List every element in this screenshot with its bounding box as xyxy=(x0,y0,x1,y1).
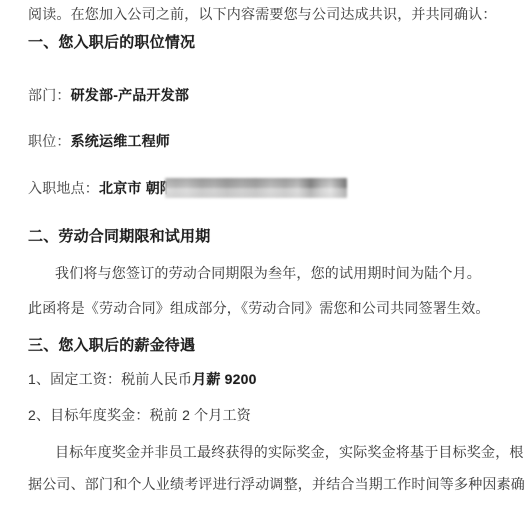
section-2-heading: 二、劳动合同期限和试用期 xyxy=(28,229,504,245)
bonus-note-line-2: 据公司、部门和个人业绩考评进行浮动调整，并结合当期工作时间等多种因素确 xyxy=(28,476,504,492)
offer-letter-document: 阅读。在您加入公司之前，以下内容需要您与公司达成共识，并共同确认： 一、您入职后… xyxy=(0,0,528,514)
field-department-label: 部门： xyxy=(28,87,71,103)
section-3-heading: 三、您入职后的薪金待遇 xyxy=(28,338,504,354)
field-department-value: 研发部-产品开发部 xyxy=(71,87,189,103)
salary-item: 1、固定工资：税前人民币月薪 9200 xyxy=(28,371,504,387)
contract-effect-paragraph: 此函将是《劳动合同》组成部分，《劳动合同》需您和公司共同签署生效。 xyxy=(28,300,504,316)
section-1-heading: 一、您入职后的职位情况 xyxy=(28,35,504,51)
field-department: 部门：研发部-产品开发部 xyxy=(28,87,504,103)
field-position-label: 职位： xyxy=(28,133,71,149)
salary-item-label: 1、固定工资：税前人民币 xyxy=(28,371,192,387)
redacted-address-blur xyxy=(165,178,347,198)
field-location-label: 入职地点： xyxy=(28,180,99,196)
field-position-value: 系统运维工程师 xyxy=(71,133,170,149)
bonus-item: 2、目标年度奖金：税前 2 个月工资 xyxy=(28,407,504,423)
contract-term-paragraph: 我们将与您签订的劳动合同期限为叁年，您的试用期时间为陆个月。 xyxy=(28,265,504,281)
field-location-value: 北京市 朝阳 xyxy=(99,180,174,196)
field-location: 入职地点：北京市 朝阳 xyxy=(28,178,504,194)
field-position: 职位：系统运维工程师 xyxy=(28,133,504,149)
intro-paragraph: 阅读。在您加入公司之前，以下内容需要您与公司达成共识，并共同确认： xyxy=(28,6,504,22)
salary-item-value: 月薪 9200 xyxy=(192,371,256,387)
bonus-note-line-1: 目标年度奖金并非员工最终获得的实际奖金，实际奖金将基于目标奖金，根 xyxy=(28,444,504,460)
